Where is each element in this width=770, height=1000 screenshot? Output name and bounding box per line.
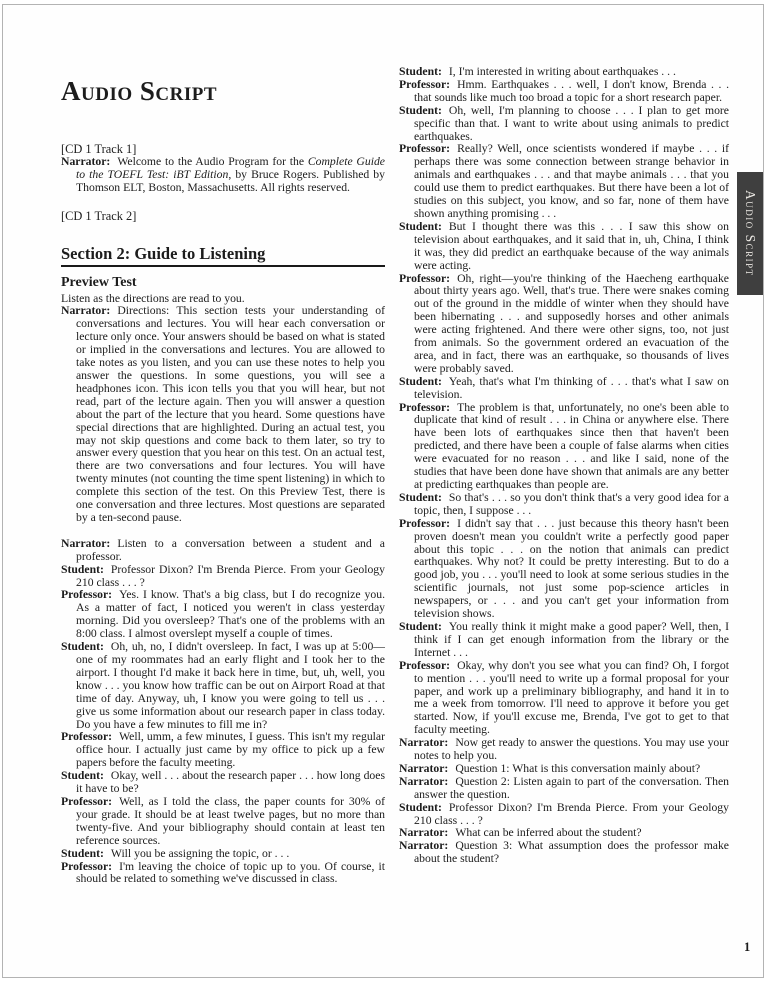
dialogue-text: Question 1: What is this conversation ma… [455,762,700,775]
dialogue-text: Welcome to the Audio Program for the [117,155,308,168]
chapter-side-tab: Audio Script [737,172,763,295]
dialogue-text: Yeah, that's what I'm thinking of . . . … [414,375,729,401]
dialogue-text: Well, umm, a few minutes, I guess. This … [76,730,385,769]
dialogue-text: I, I'm interested in writing about earth… [449,65,676,78]
dialogue-paragraph: Professor:Okay, why don't you see what y… [399,660,729,737]
dialogue-text: Oh, uh, no, I didn't oversleep. In fact,… [76,640,385,730]
section-heading: Section 2: Guide to Listening [61,244,385,267]
speaker-label: Professor: [399,142,450,155]
dialogue-text: Question 3: What assumption does the pro… [414,839,729,865]
speaker-label: Narrator: [399,839,448,852]
dialogue-paragraph: Professor:Oh, right—you're thinking of t… [399,273,729,376]
dialogue-paragraph: Student:Yeah, that's what I'm thinking o… [399,376,729,402]
dialogue-text: Listen to a conversation between a stude… [76,537,385,563]
speaker-label: Student: [399,104,442,117]
dialogue-text: I'm leaving the choice of topic up to yo… [76,860,385,886]
speaker-label: Student: [399,801,442,814]
dialogue-text: Oh, well, I'm planning to choose . . . I… [414,104,729,143]
left-column: Audio Script [CD 1 Track 1] Narrator:Wel… [61,0,385,886]
speaker-label: Student: [399,65,442,78]
dialogue-paragraph: Student:Oh, uh, no, I didn't oversleep. … [61,641,385,731]
dialogue-text: Hmm. Earthquakes . . . well, I don't kno… [414,78,729,104]
dialogue-text: Will you be assigning the topic, or . . … [111,847,289,860]
speaker-label: Student: [399,220,442,233]
cd-track-label-2: [CD 1 Track 2] [61,210,385,223]
speaker-label: Professor: [399,272,450,285]
dialogue-paragraph: Student:But I thought there was this . .… [399,221,729,273]
dialogue-text: Now get ready to answer the questions. Y… [414,736,729,762]
speaker-label: Professor: [399,401,450,414]
speaker-label: Student: [399,375,442,388]
dialogue-text: Yes. I know. That's a big class, but I d… [76,588,385,640]
speaker-label: Narrator: [399,736,448,749]
speaker-label: Professor: [399,78,450,91]
dialogue-paragraph: Student:Professor Dixon? I'm Brenda Pier… [399,802,729,828]
speaker-label: Student: [61,640,104,653]
speaker-label: Professor: [399,517,450,530]
dialogue-paragraph: Professor:Well, umm, a few minutes, I gu… [61,731,385,770]
dialogue-paragraph: Professor:The problem is that, unfortuna… [399,402,729,492]
dialogue-paragraph: Narrator:Question 2: Listen again to par… [399,776,729,802]
dialogue-paragraph: Professor:I'm leaving the choice of topi… [61,861,385,887]
dialogue-text: Really? Well, once scientists wondered i… [414,142,729,220]
dialogue-text: So that's . . . so you don't think that'… [414,491,729,517]
dialogue-text: I didn't say that . . . just because thi… [414,517,729,620]
speaker-label: Narrator: [399,762,448,775]
dialogue-text: What can be inferred about the student? [455,826,641,839]
dialogue-text: Directions: This section tests your unde… [76,304,385,524]
speaker-label: Narrator: [61,304,110,317]
dialogue-text: Question 2: Listen again to part of the … [414,775,729,801]
dialogue-text: Okay, why don't you see what you can fin… [414,659,729,737]
speaker-label: Professor: [61,588,112,601]
dialogue-text: The problem is that, unfortunately, no o… [414,401,729,491]
speaker-label: Student: [399,620,442,633]
dialogue-text: Well, as I told the class, the paper cou… [76,795,385,847]
speaker-label: Student: [61,847,104,860]
speaker-label: Student: [61,769,104,782]
dialogue-text: Oh, right—you're thinking of the Haechen… [414,272,729,375]
dialogue-paragraph: Narrator:Now get ready to answer the que… [399,737,729,763]
speaker-label: Student: [399,491,442,504]
dialogue-paragraph: Professor:Really? Well, once scientists … [399,143,729,220]
dialogue-paragraph: Narrator:Welcome to the Audio Program fo… [61,156,385,195]
dialogue-paragraph: Narrator:Listen to a conversation betwee… [61,538,385,564]
page-title: Audio Script [61,76,385,106]
dialogue-text: Professor Dixon? I'm Brenda Pierce. From… [414,801,729,827]
dialogue-paragraph: Narrator:Question 3: What assumption doe… [399,840,729,866]
dialogue-paragraph: Student:Professor Dixon? I'm Brenda Pier… [61,564,385,590]
dialogue-text: But I thought there was this . . . I saw… [414,220,729,272]
speaker-label: Professor: [61,730,112,743]
speaker-label: Narrator: [399,775,448,788]
dialogue-paragraph: Student:Oh, well, I'm planning to choose… [399,105,729,144]
speaker-label: Professor: [399,659,450,672]
speaker-label: Narrator: [399,826,448,839]
dialogue-paragraph: Student:You really think it might make a… [399,621,729,660]
speaker-label: Narrator: [61,155,110,168]
right-column: Student:I, I'm interested in writing abo… [399,66,729,866]
preview-test-heading: Preview Test [61,274,385,291]
dialogue-paragraph: Professor:Hmm. Earthquakes . . . well, I… [399,79,729,105]
dialogue-text: Okay, well . . . about the research pape… [76,769,385,795]
speaker-label: Professor: [61,795,112,808]
speaker-label: Narrator: [61,537,110,550]
dialogue-paragraph: Narrator:Directions: This section tests … [61,305,385,524]
dialogue-paragraph: Professor:Well, as I told the class, the… [61,796,385,848]
speaker-label: Student: [61,563,104,576]
dialogue-text: Professor Dixon? I'm Brenda Pierce. From… [76,563,385,589]
dialogue-paragraph: Student:So that's . . . so you don't thi… [399,492,729,518]
dialogue-paragraph: Professor:Yes. I know. That's a big clas… [61,589,385,641]
page-number: 1 [744,940,750,955]
dialogue-text: You really think it might make a good pa… [414,620,729,659]
speaker-label: Professor: [61,860,112,873]
dialogue-paragraph: Student:Okay, well . . . about the resea… [61,770,385,796]
dialogue-paragraph: Professor:I didn't say that . . . just b… [399,518,729,621]
